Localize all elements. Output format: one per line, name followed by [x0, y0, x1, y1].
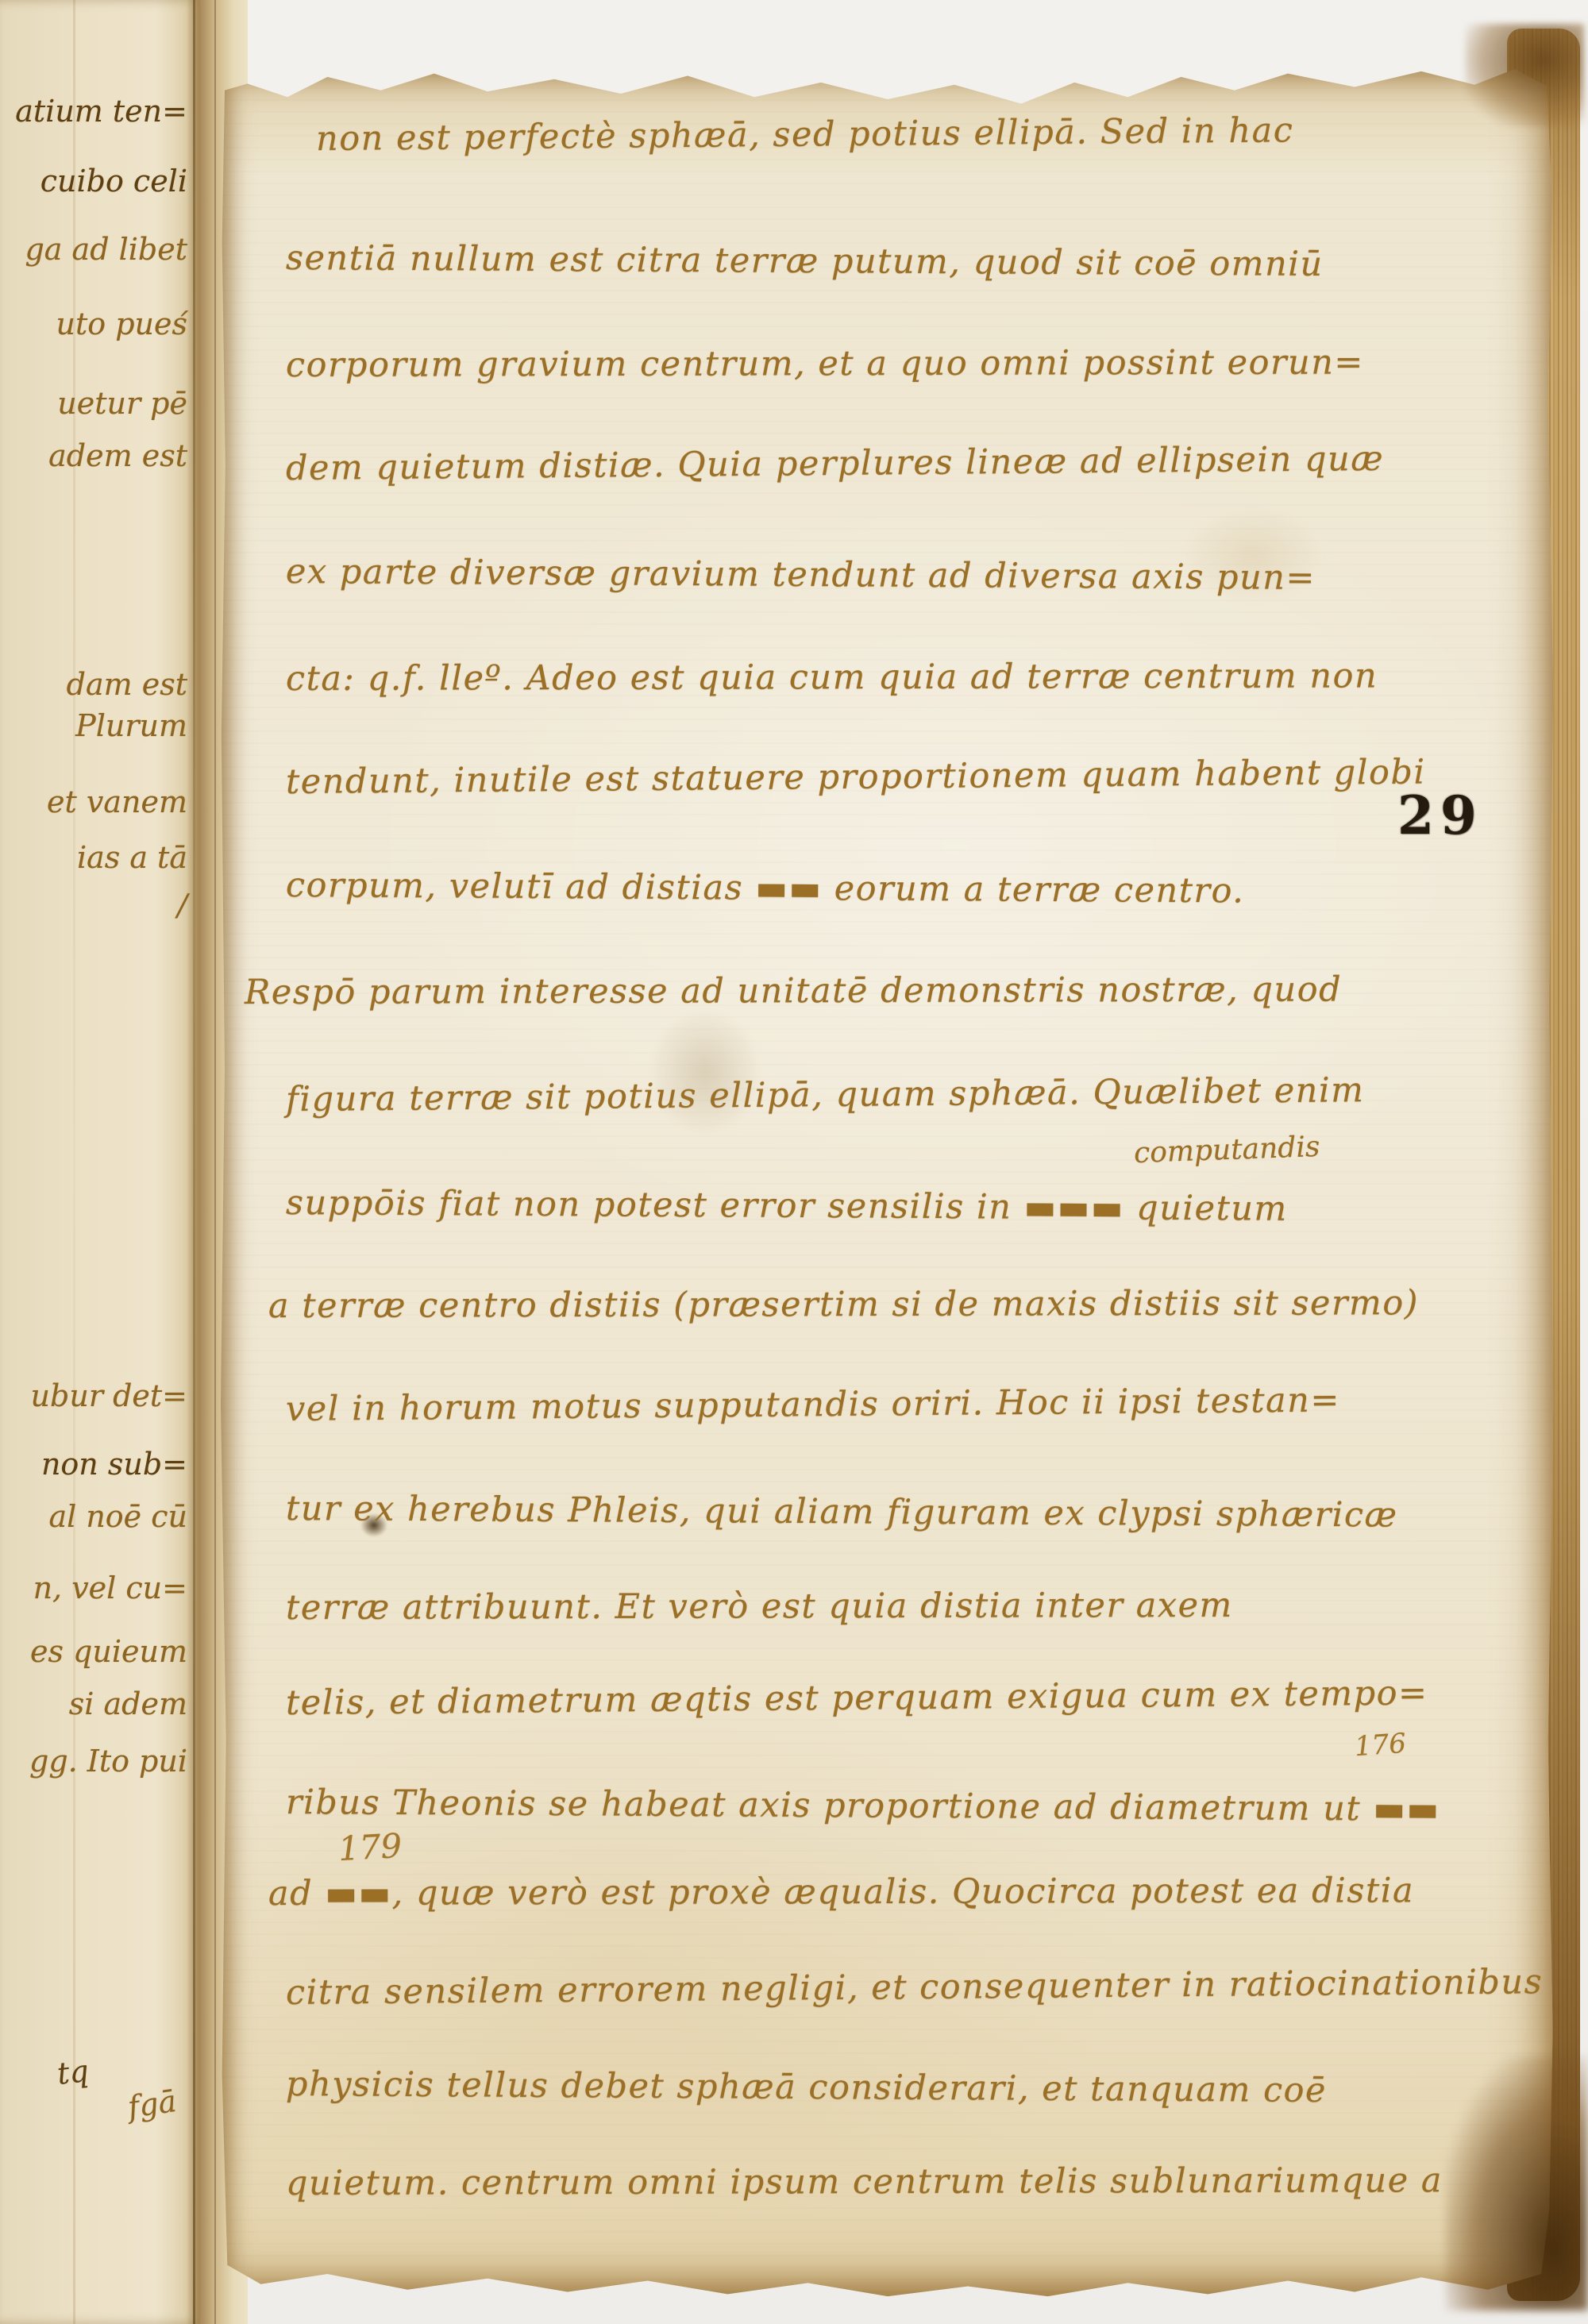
manuscript-photo: atium ten= cuibo celi ga ad libet uto pu…	[0, 0, 1588, 2324]
fragment-line: gg. Ito pui	[29, 1744, 187, 1779]
text-line: corporum gravium centrum, et a quo omni …	[286, 342, 1364, 385]
text-line: cta: q.f. lleº. Adeo est quia cum quia a…	[286, 656, 1378, 699]
marginal-number-179: 179	[337, 1826, 403, 1868]
fragment-line: es quieum	[30, 1634, 187, 1669]
fragment-line: ga ad libet	[25, 232, 187, 267]
interlinear-correction: computandis	[1133, 1131, 1320, 1170]
text-line: tur ex herebus Phleis, qui aliam figuram…	[286, 1489, 1398, 1536]
text-line: citra sensilem errorem negligi, et conse…	[286, 1962, 1544, 2013]
text-line: figura terræ sit potius ellipā, quam sph…	[286, 1070, 1365, 1120]
text-line: non est perfectè sphæā, sed potius ellip…	[316, 110, 1294, 159]
fragment-line: ∕	[177, 888, 187, 923]
text-line: corpum, velutī ad distias ▬▬ eorum a ter…	[286, 865, 1245, 911]
text-line: ex parte diversæ gravium tendunt ad dive…	[286, 552, 1316, 598]
fragment-line: dam est	[67, 667, 187, 702]
text-line: tendunt, inutile est statuere proportion…	[286, 752, 1426, 802]
text-line: a terræ centro distiis (præsertim si de …	[268, 1283, 1419, 1326]
fragment-line: uetur pē	[57, 386, 187, 421]
manuscript-page: non est perfectè sphæā, sed potius ellip…	[221, 64, 1555, 2299]
page-number-stamp: 29	[1397, 784, 1483, 846]
fragment-line: atium ten=	[15, 94, 187, 129]
fragment-line: cuibo celi	[40, 164, 187, 198]
text-line: Respō parum interesse ad unitatē demonst…	[245, 969, 1342, 1012]
corner-wear-top-right	[1465, 24, 1584, 127]
text-line: dem quietum distiæ. Quia perplures lineæ…	[286, 439, 1385, 488]
fragment-line: adem est	[48, 438, 187, 473]
text-line: ribus Theonis se habeat axis proportione…	[286, 1783, 1440, 1829]
text-line: physicis tellus debet sphæā considerari,…	[286, 2064, 1327, 2110]
facing-page-crease	[73, 0, 75, 2324]
fragment-line: n, vel cu=	[33, 1571, 187, 1605]
text-line: terræ attribuunt. Et verò est quia disti…	[286, 1586, 1233, 1628]
fragment-line: tq	[56, 2053, 91, 2091]
text-line: quietum. centrum omni ipsum centrum teli…	[286, 2160, 1443, 2203]
text-line: ad ▬▬, quæ verò est proxè æqualis. Quoci…	[268, 1871, 1414, 1914]
ink-smudge	[649, 1008, 761, 1135]
fragment-line: non sub=	[41, 1447, 187, 1482]
fragment-line: al noē cū	[48, 1499, 187, 1534]
fragment-line: si adem	[69, 1686, 187, 1721]
text-line: suppōis fiat non potest error sensilis i…	[286, 1183, 1288, 1229]
facing-page-edge: atium ten= cuibo celi ga ad libet uto pu…	[0, 0, 200, 2324]
text-line: vel in horum motus supputandis oriri. Ho…	[286, 1380, 1340, 1429]
fragment-line: fgā	[125, 2083, 179, 2125]
fragment-line: ias a tā	[77, 840, 187, 875]
fragment-line: uto pueś	[56, 306, 188, 341]
corner-wear-bottom-right	[1445, 2056, 1588, 2311]
fragment-line: ubur det=	[31, 1378, 187, 1413]
fragment-line: Plurum	[75, 708, 187, 743]
fragment-line: et vanem	[47, 784, 187, 819]
text-line: sentiā nullum est citra terræ putum, quo…	[286, 238, 1324, 284]
marginal-number-176: 176	[1354, 1728, 1408, 1763]
text-line: telis, et diametrum æqtis est perquam ex…	[286, 1673, 1428, 1723]
